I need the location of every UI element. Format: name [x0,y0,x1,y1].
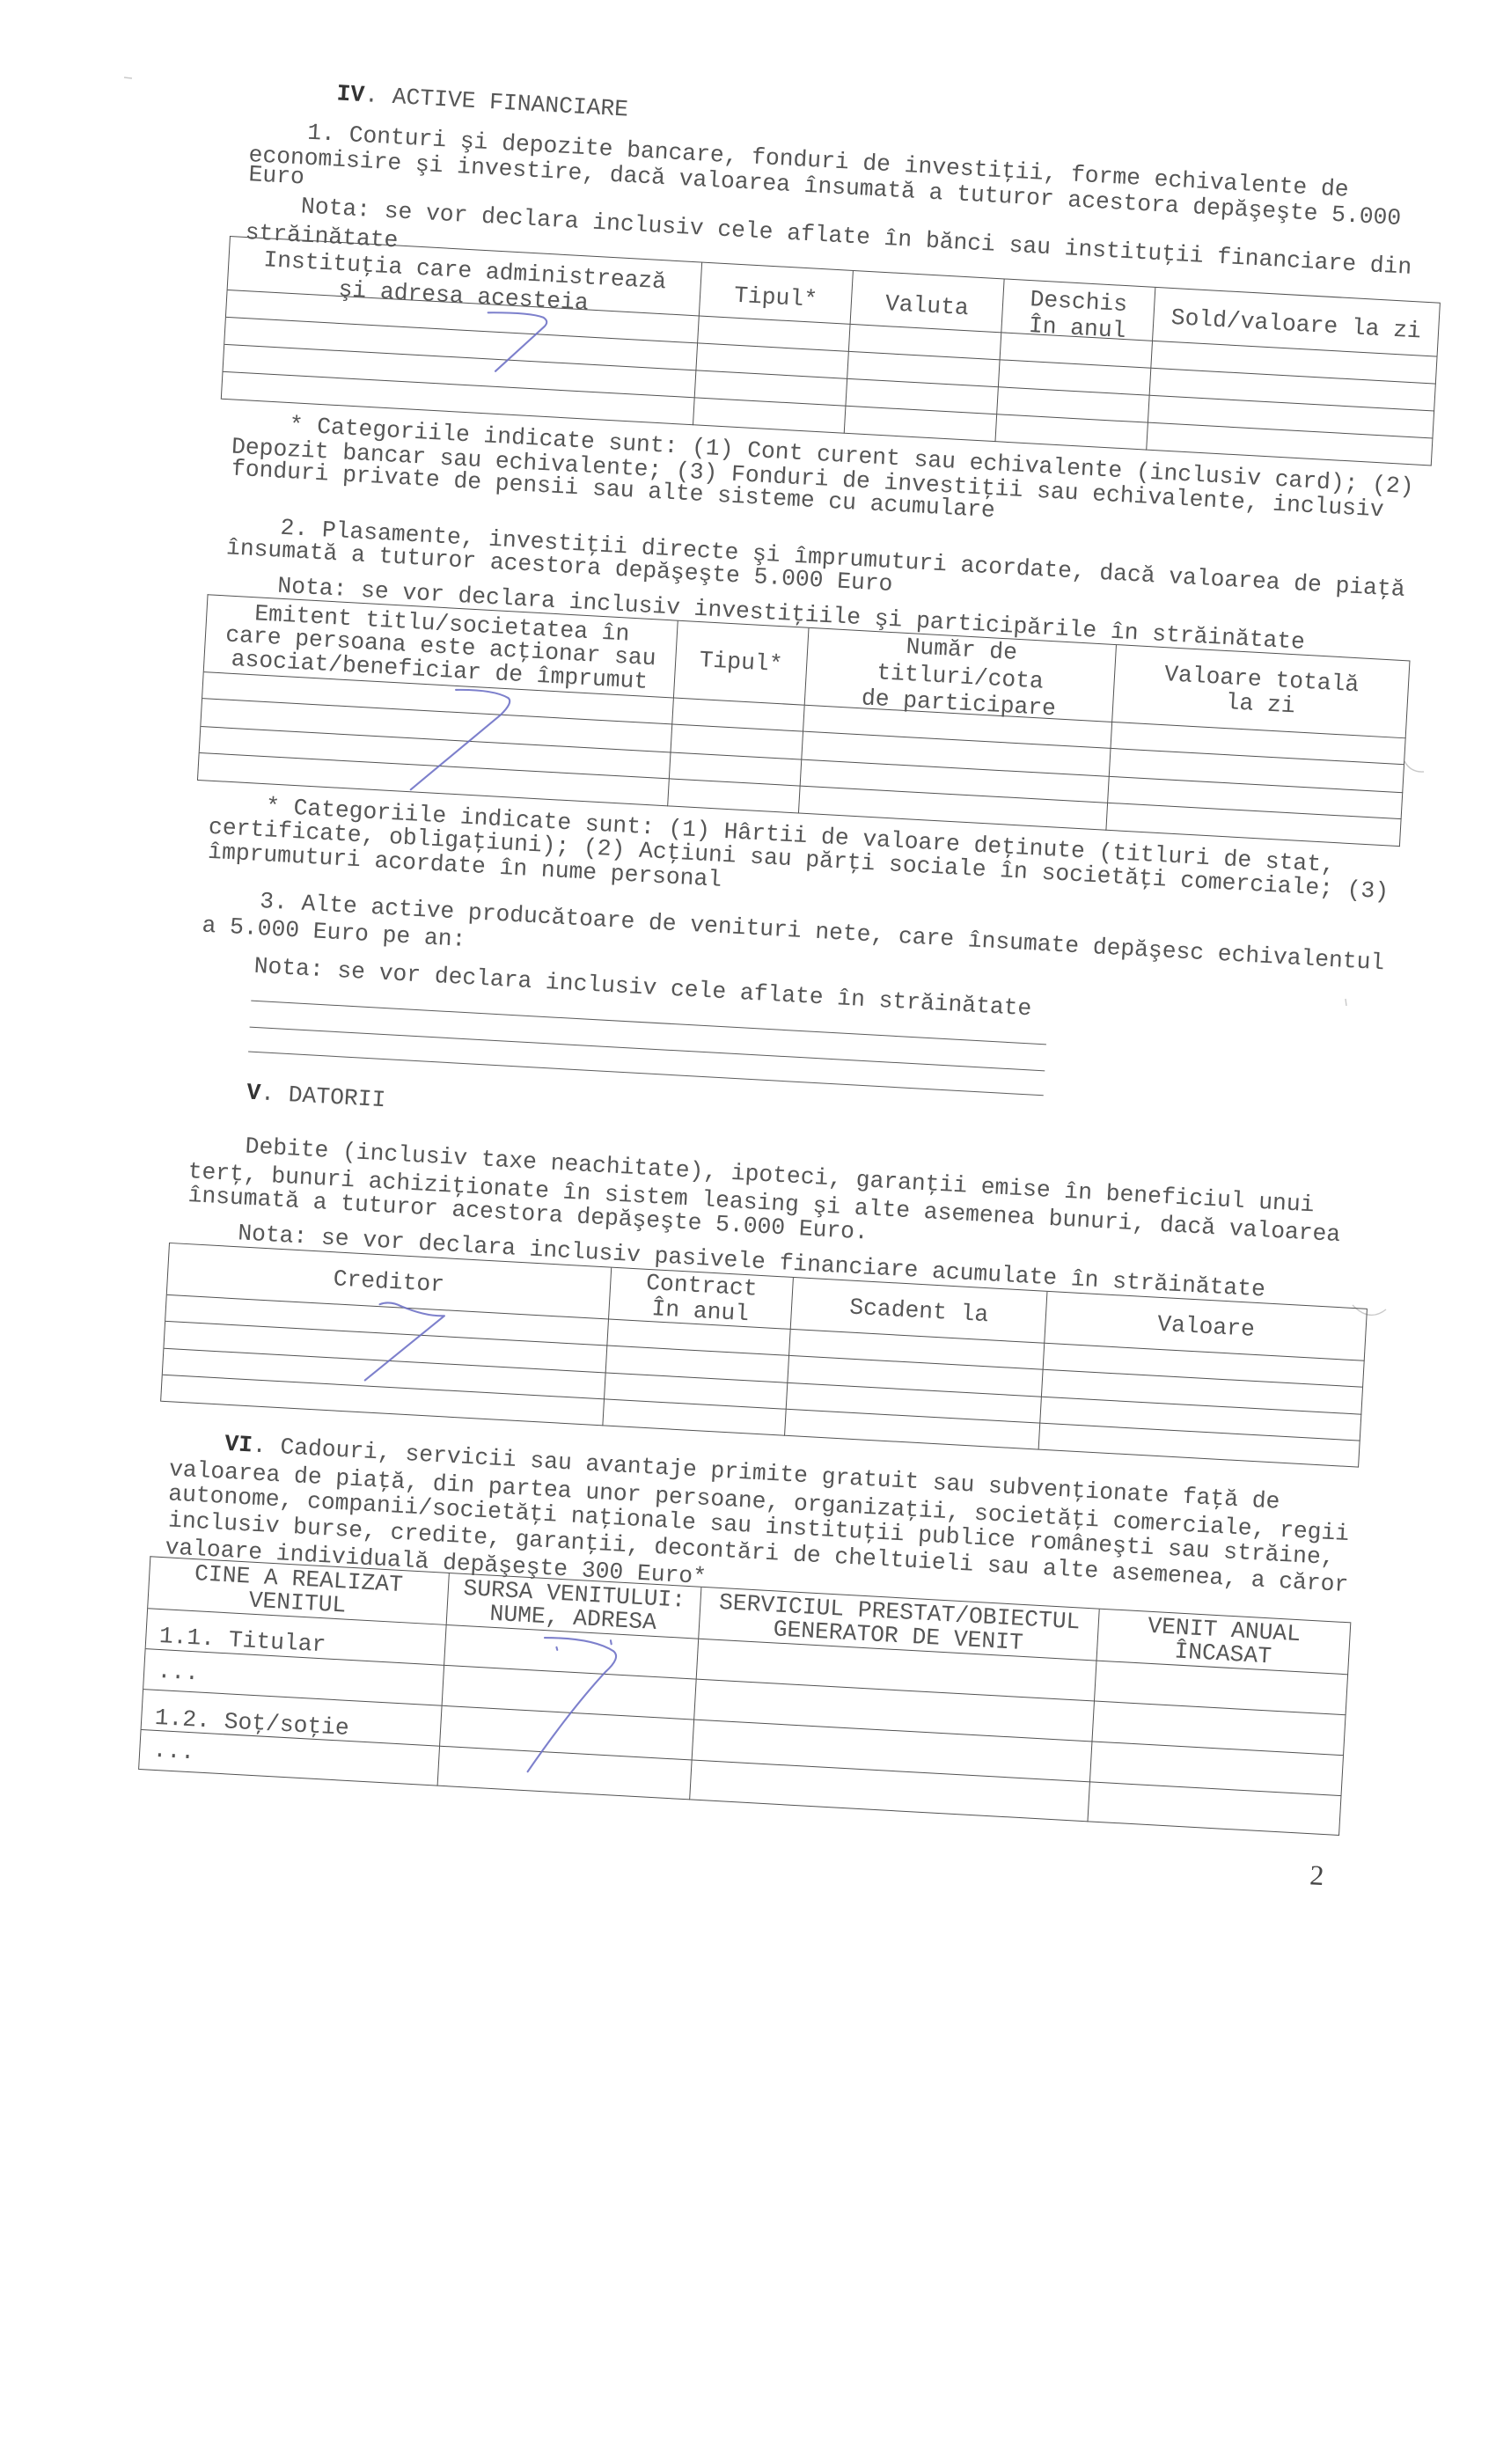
header-type: Tipul* [674,620,809,706]
header-line: Scadent la [792,1294,1046,1331]
scan-speck [124,77,132,78]
scan-speck [1346,999,1346,1006]
gifts-table: CINE A REALIZATVENITUL SURSA VENITULUI:N… [138,1556,1352,1836]
section-numeral: IV [336,80,365,108]
header-type: Tipul* [700,263,854,325]
section-numeral: V [246,1079,261,1106]
header-opened-year: DeschisÎn anul [1001,280,1155,341]
header-line: Sold/valoare la zi [1154,305,1439,345]
header-line: Valuta [851,290,1002,322]
table-cell [668,780,800,813]
scanned-page: IV. ACTIVE FINANCIARE 1. Conturi şi depo… [0,0,1496,2464]
header-line: Valoare [1046,1308,1367,1348]
item-3-note-line: Nota: se vor declara inclusiv cele aflat… [253,955,1032,1021]
header-line: Tipul* [700,282,851,313]
page-number: 2 [1309,1861,1325,1890]
header-line: Tipul* [676,648,807,678]
section-v-heading: V. DATORII [246,1081,386,1111]
section-iv-heading: IV. ACTIVE FINANCIARE [336,82,629,121]
row-label: ... [139,1738,438,1778]
section-title: . ACTIVE FINANCIARE [363,82,628,122]
scan-arc [1404,761,1424,772]
item-1-text-line: Euro [248,164,305,189]
blank-fill-line [249,1027,1045,1072]
section-title: . DATORII [260,1080,386,1113]
section-numeral: VI [224,1431,253,1459]
header-currency: Valuta [851,271,1005,333]
